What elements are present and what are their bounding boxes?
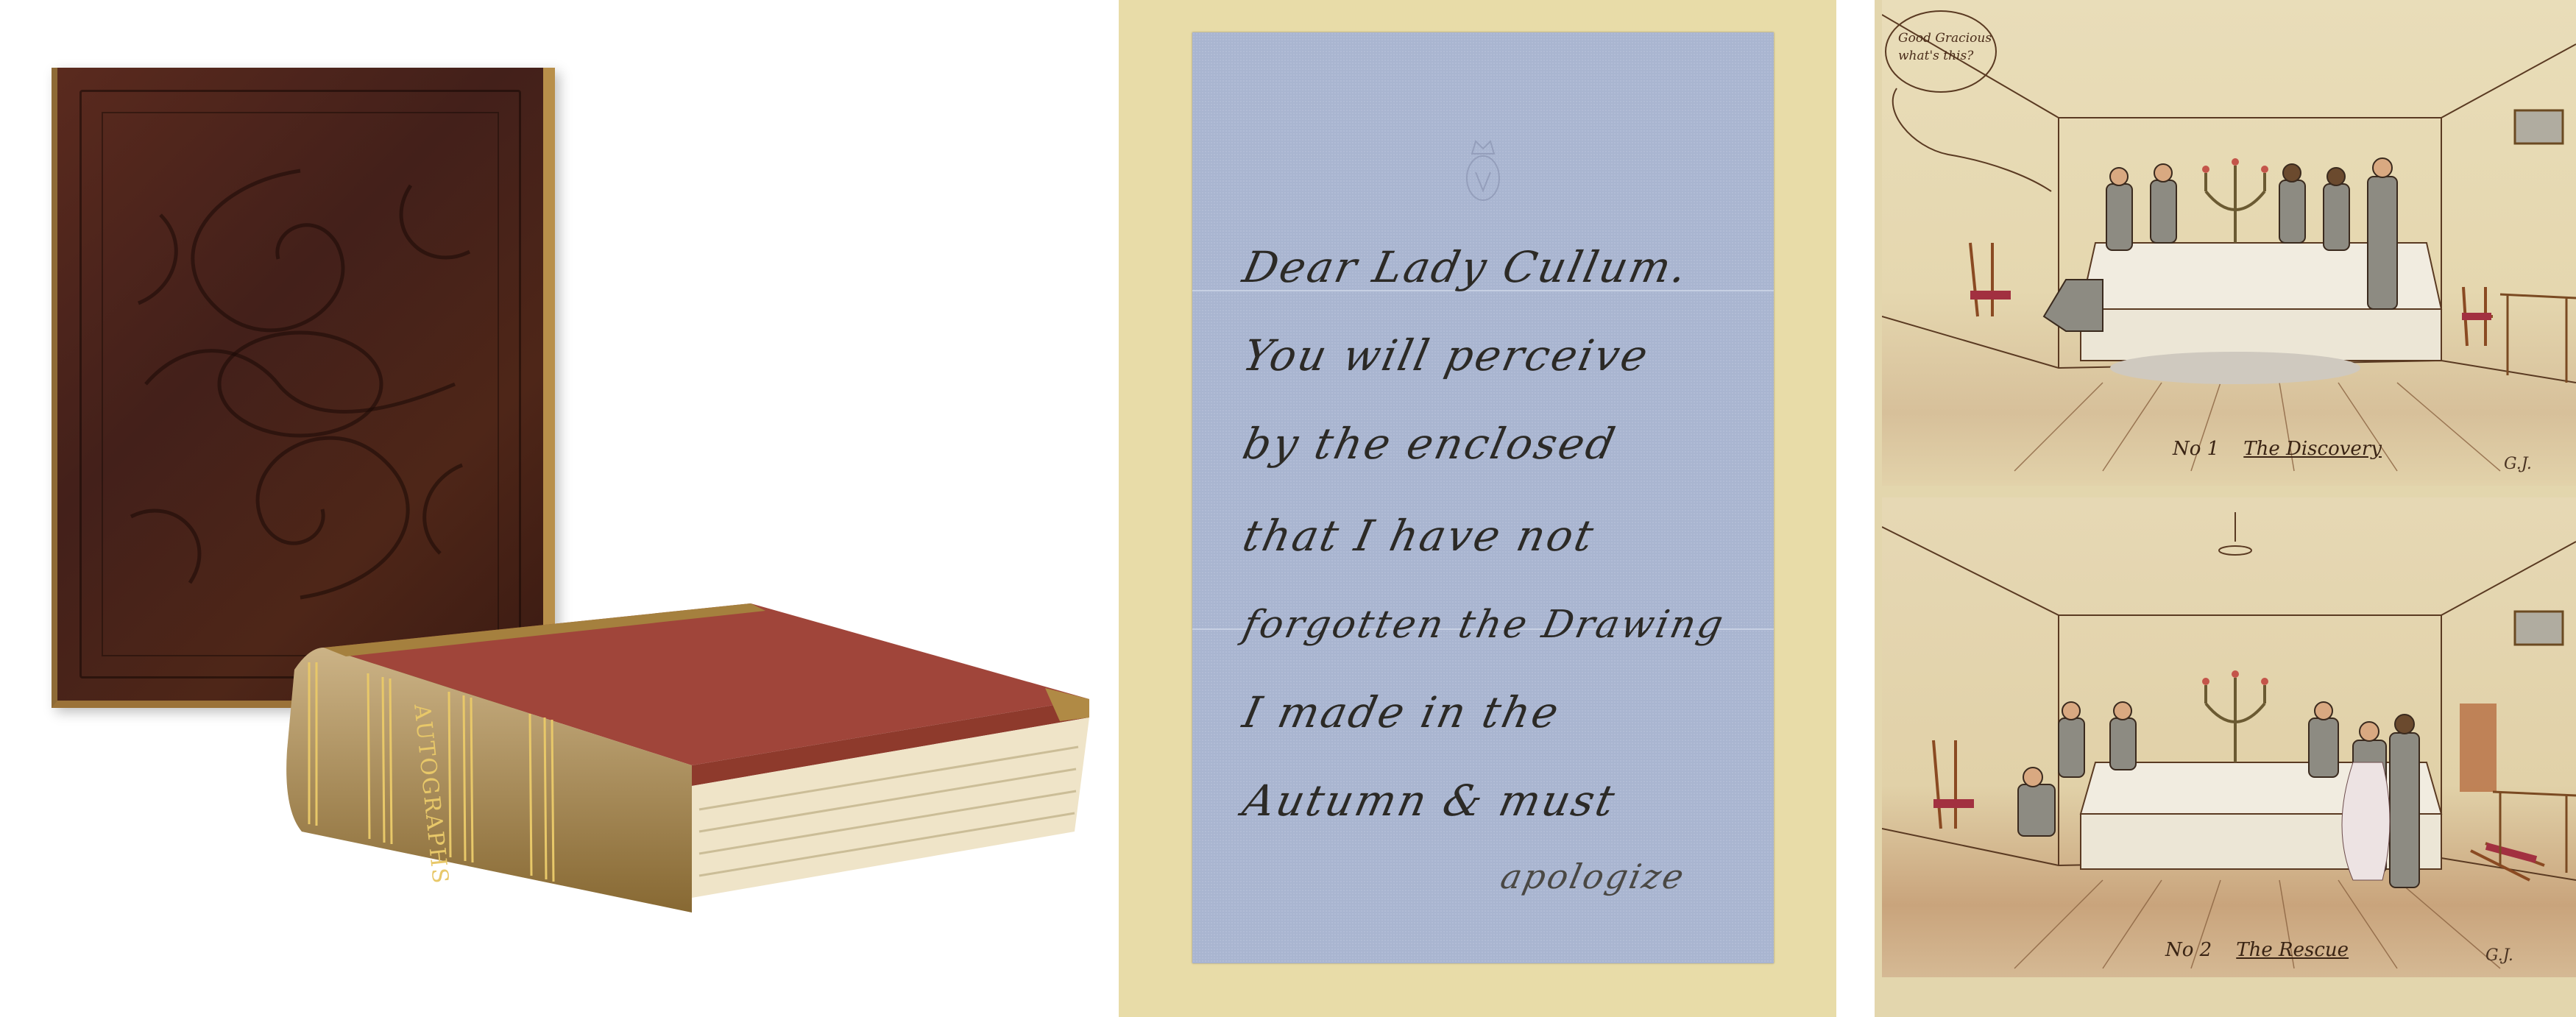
letter-photo-panel: Dear Lady Cullum. You will perceive by t… (1119, 0, 1836, 1017)
letter-line: Dear Lady Cullum. (1239, 242, 1764, 292)
sketch-the-rescue: No 2 The Rescue G.J. (1882, 497, 2576, 977)
scene-caption: No 2 The Rescue (2165, 939, 2349, 961)
letter-line: I made in the (1239, 687, 1764, 737)
letter-line: that I have not (1239, 511, 1764, 561)
letter-closing: apologize (1497, 857, 1763, 896)
autographs-album (280, 589, 1089, 927)
handwritten-letter: Dear Lady Cullum. You will perceive by t… (1192, 32, 1774, 963)
artist-initials: G.J. (2504, 455, 2532, 473)
scene-caption: No 1 The Discovery (2173, 438, 2382, 460)
letter-line: You will perceive (1239, 330, 1764, 380)
dining-room-scene-1 (1882, 0, 2576, 486)
letter-line: Autumn & must (1239, 776, 1764, 826)
scene-title: The Rescue (2236, 939, 2349, 961)
letter-line: by the enclosed (1239, 419, 1764, 469)
artist-initials: G.J. (2485, 946, 2513, 965)
half-bound-book-icon (280, 589, 1089, 927)
embossed-crown-crest-icon (1457, 135, 1509, 205)
speech-bubble-text: Good Gracious what's this? (1898, 29, 1992, 65)
scene-title: The Discovery (2243, 438, 2382, 460)
speech-line: what's this? (1898, 47, 1992, 65)
letter-line: forgotten the Drawing (1239, 603, 1764, 647)
scene-number: No 2 (2165, 939, 2212, 961)
sketches-photo-panel: Good Gracious what's this? No 1 The Disc… (1875, 0, 2576, 1017)
books-photo-panel: AUTOGRAPHS (0, 0, 1097, 1017)
dining-room-scene-2 (1882, 497, 2576, 977)
speech-line: Good Gracious (1898, 29, 1992, 47)
scene-number: No 1 (2173, 438, 2219, 460)
sketch-the-discovery: Good Gracious what's this? No 1 The Disc… (1882, 0, 2576, 486)
